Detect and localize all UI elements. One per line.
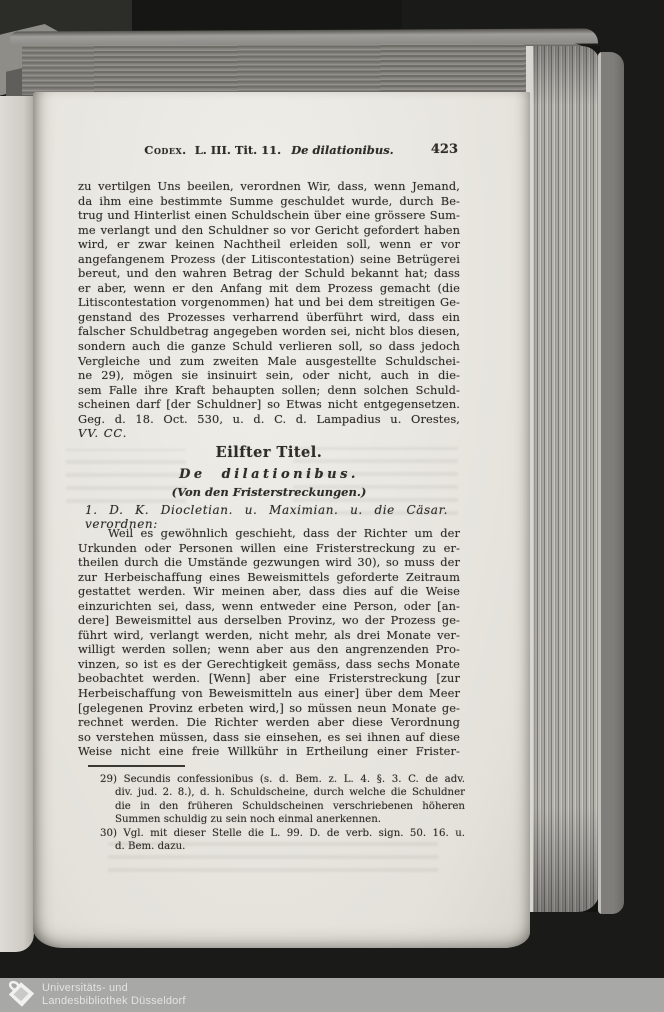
- page-number: 423: [431, 142, 458, 157]
- section-latin-title: De dilationibus.: [78, 467, 460, 482]
- text-line: trug und Hinterlist einen Schuldschein ü…: [78, 208, 460, 223]
- text-line: führt wird, verlangt werden, nicht mehr,…: [78, 628, 460, 643]
- text-line: VV. CC.: [78, 426, 460, 441]
- page-block-top-edge: [22, 43, 596, 95]
- book-fore-edge-pages: [526, 46, 600, 912]
- text-line: falscher Schuldbetrag angegeben worden s…: [78, 324, 460, 339]
- text-line: beobachtet werden. [Wenn] aber eine Fris…: [78, 671, 460, 686]
- library-name-line1: Universitäts- und: [42, 982, 186, 995]
- footnote-separator-rule: [88, 765, 185, 767]
- text-line: scheinen darf [der Schuldner] so Etwas n…: [78, 397, 460, 412]
- library-name: Universitäts- und Landesbibliothek Düsse…: [42, 982, 186, 1008]
- law-text-paragraph-1: zu vertilgen Uns beeilen, verordnen Wir,…: [78, 179, 460, 441]
- text-line: Geg. d. 18. Oct. 530, u. d. C. d. Lampad…: [78, 412, 460, 427]
- text-line: ne 29), mögen sie insinuirt sein, oder n…: [78, 368, 460, 383]
- running-title: Codex. L. III. Tit. 11. De dilationibus.: [144, 143, 393, 157]
- scan-background-patch: [0, 0, 132, 34]
- scanned-page: Codex. L. III. Tit. 11. De dilationibus.…: [33, 92, 530, 948]
- text-line: so verstehen müssen, dass sie einsehen, …: [78, 730, 460, 745]
- text-line: Urkunden oder Personen willen eine Frist…: [78, 541, 460, 556]
- codex-label: Codex.: [144, 143, 186, 157]
- text-line: dere] Beweismittel aus derselben Provinz…: [78, 613, 460, 628]
- text-line: [gelegenen Provinz erbeten wird,] so müs…: [78, 701, 460, 716]
- text-line: Herbeischaffung von Beweismitteln aus ei…: [78, 686, 460, 701]
- book-cover-strip: [598, 52, 624, 914]
- text-line: Vergleiche und zum zweiten Male ausgeste…: [78, 354, 460, 369]
- library-logo-icon: [5, 979, 37, 1012]
- text-line: sem Falle ihre Kraft behaupten sollen; d…: [78, 383, 460, 398]
- text-line: zu vertilgen Uns beeilen, verordnen Wir,…: [78, 179, 460, 194]
- adjacent-page-edge: [0, 96, 34, 952]
- text-line: da ihm eine bestimmte Summe geschuldet w…: [78, 194, 460, 209]
- text-line: sondern auch die ganze Schuld verlieren …: [78, 339, 460, 354]
- text-line: willigt werden sollen; wenn aber aus den…: [78, 642, 460, 657]
- footnote-29: 29) Secundis confessionibus (s. d. Bem. …: [100, 773, 465, 826]
- text-line: einzurichten sei, dass, wenn entweder ei…: [78, 599, 460, 614]
- text-line: angefangenem Prozess (der Litiscontestat…: [78, 252, 460, 267]
- text-line: wird, er zwar keinen Nachtheil erleiden …: [78, 237, 460, 252]
- law-text-paragraph-2: Weil es gewöhnlich geschieht, dass der R…: [78, 526, 460, 759]
- text-line: bereut, und den wahren Betrag der Schuld…: [78, 266, 460, 281]
- text-line: genstand des Prozesses verharrend überfü…: [78, 310, 460, 325]
- show-through-text: [108, 834, 438, 876]
- book-title-reference: L. III. Tit. 11.: [195, 143, 282, 157]
- text-line: me verlangt und den Schuldner so vor Ger…: [78, 223, 460, 238]
- text-line: rechnet werden. Die Richter werden aber …: [78, 715, 460, 730]
- text-line: theilen durch die Umstände gezwungen wir…: [78, 555, 460, 570]
- section-subtitle: (Von den Fristerstreckungen.): [78, 485, 460, 499]
- text-line: er aber, wenn er den Anfang mit dem Proz…: [78, 281, 460, 296]
- page-header: Codex. L. III. Tit. 11. De dilationibus.…: [78, 143, 460, 157]
- footnote-line: 29) Secundis confessionibus (s. d. Bem. …: [100, 773, 465, 786]
- section-title: Eilfter Titel.: [78, 444, 460, 461]
- running-title-latin: De dilationibus.: [291, 143, 393, 157]
- footnote-line: Summen schuldig zu sein noch einmal aner…: [100, 813, 465, 826]
- text-line: Litiscontestation vorgenommen) hat und b…: [78, 295, 460, 310]
- text-line: Weise nicht eine freie Willkühr in Erthe…: [78, 744, 460, 759]
- footnote-line: div. jud. 2. 8.), d. h. Schuldscheine, d…: [100, 786, 465, 799]
- footnote-line: die in den früheren Schuldscheinen versc…: [100, 800, 465, 813]
- text-line: zur Herbeischaffung eines Beweismittels …: [78, 570, 460, 585]
- book-scan-view: Codex. L. III. Tit. 11. De dilationibus.…: [0, 0, 664, 1012]
- text-line: vinzen, so ist es der Gerechtigkeit gemä…: [78, 657, 460, 672]
- library-name-line2: Landesbibliothek Düsseldorf: [42, 995, 186, 1008]
- library-watermark-bar: Universitäts- und Landesbibliothek Düsse…: [0, 978, 664, 1012]
- text-line: Weil es gewöhnlich geschieht, dass der R…: [78, 526, 460, 541]
- text-line: gestattet werden. Wir meinen aber, dass …: [78, 584, 460, 599]
